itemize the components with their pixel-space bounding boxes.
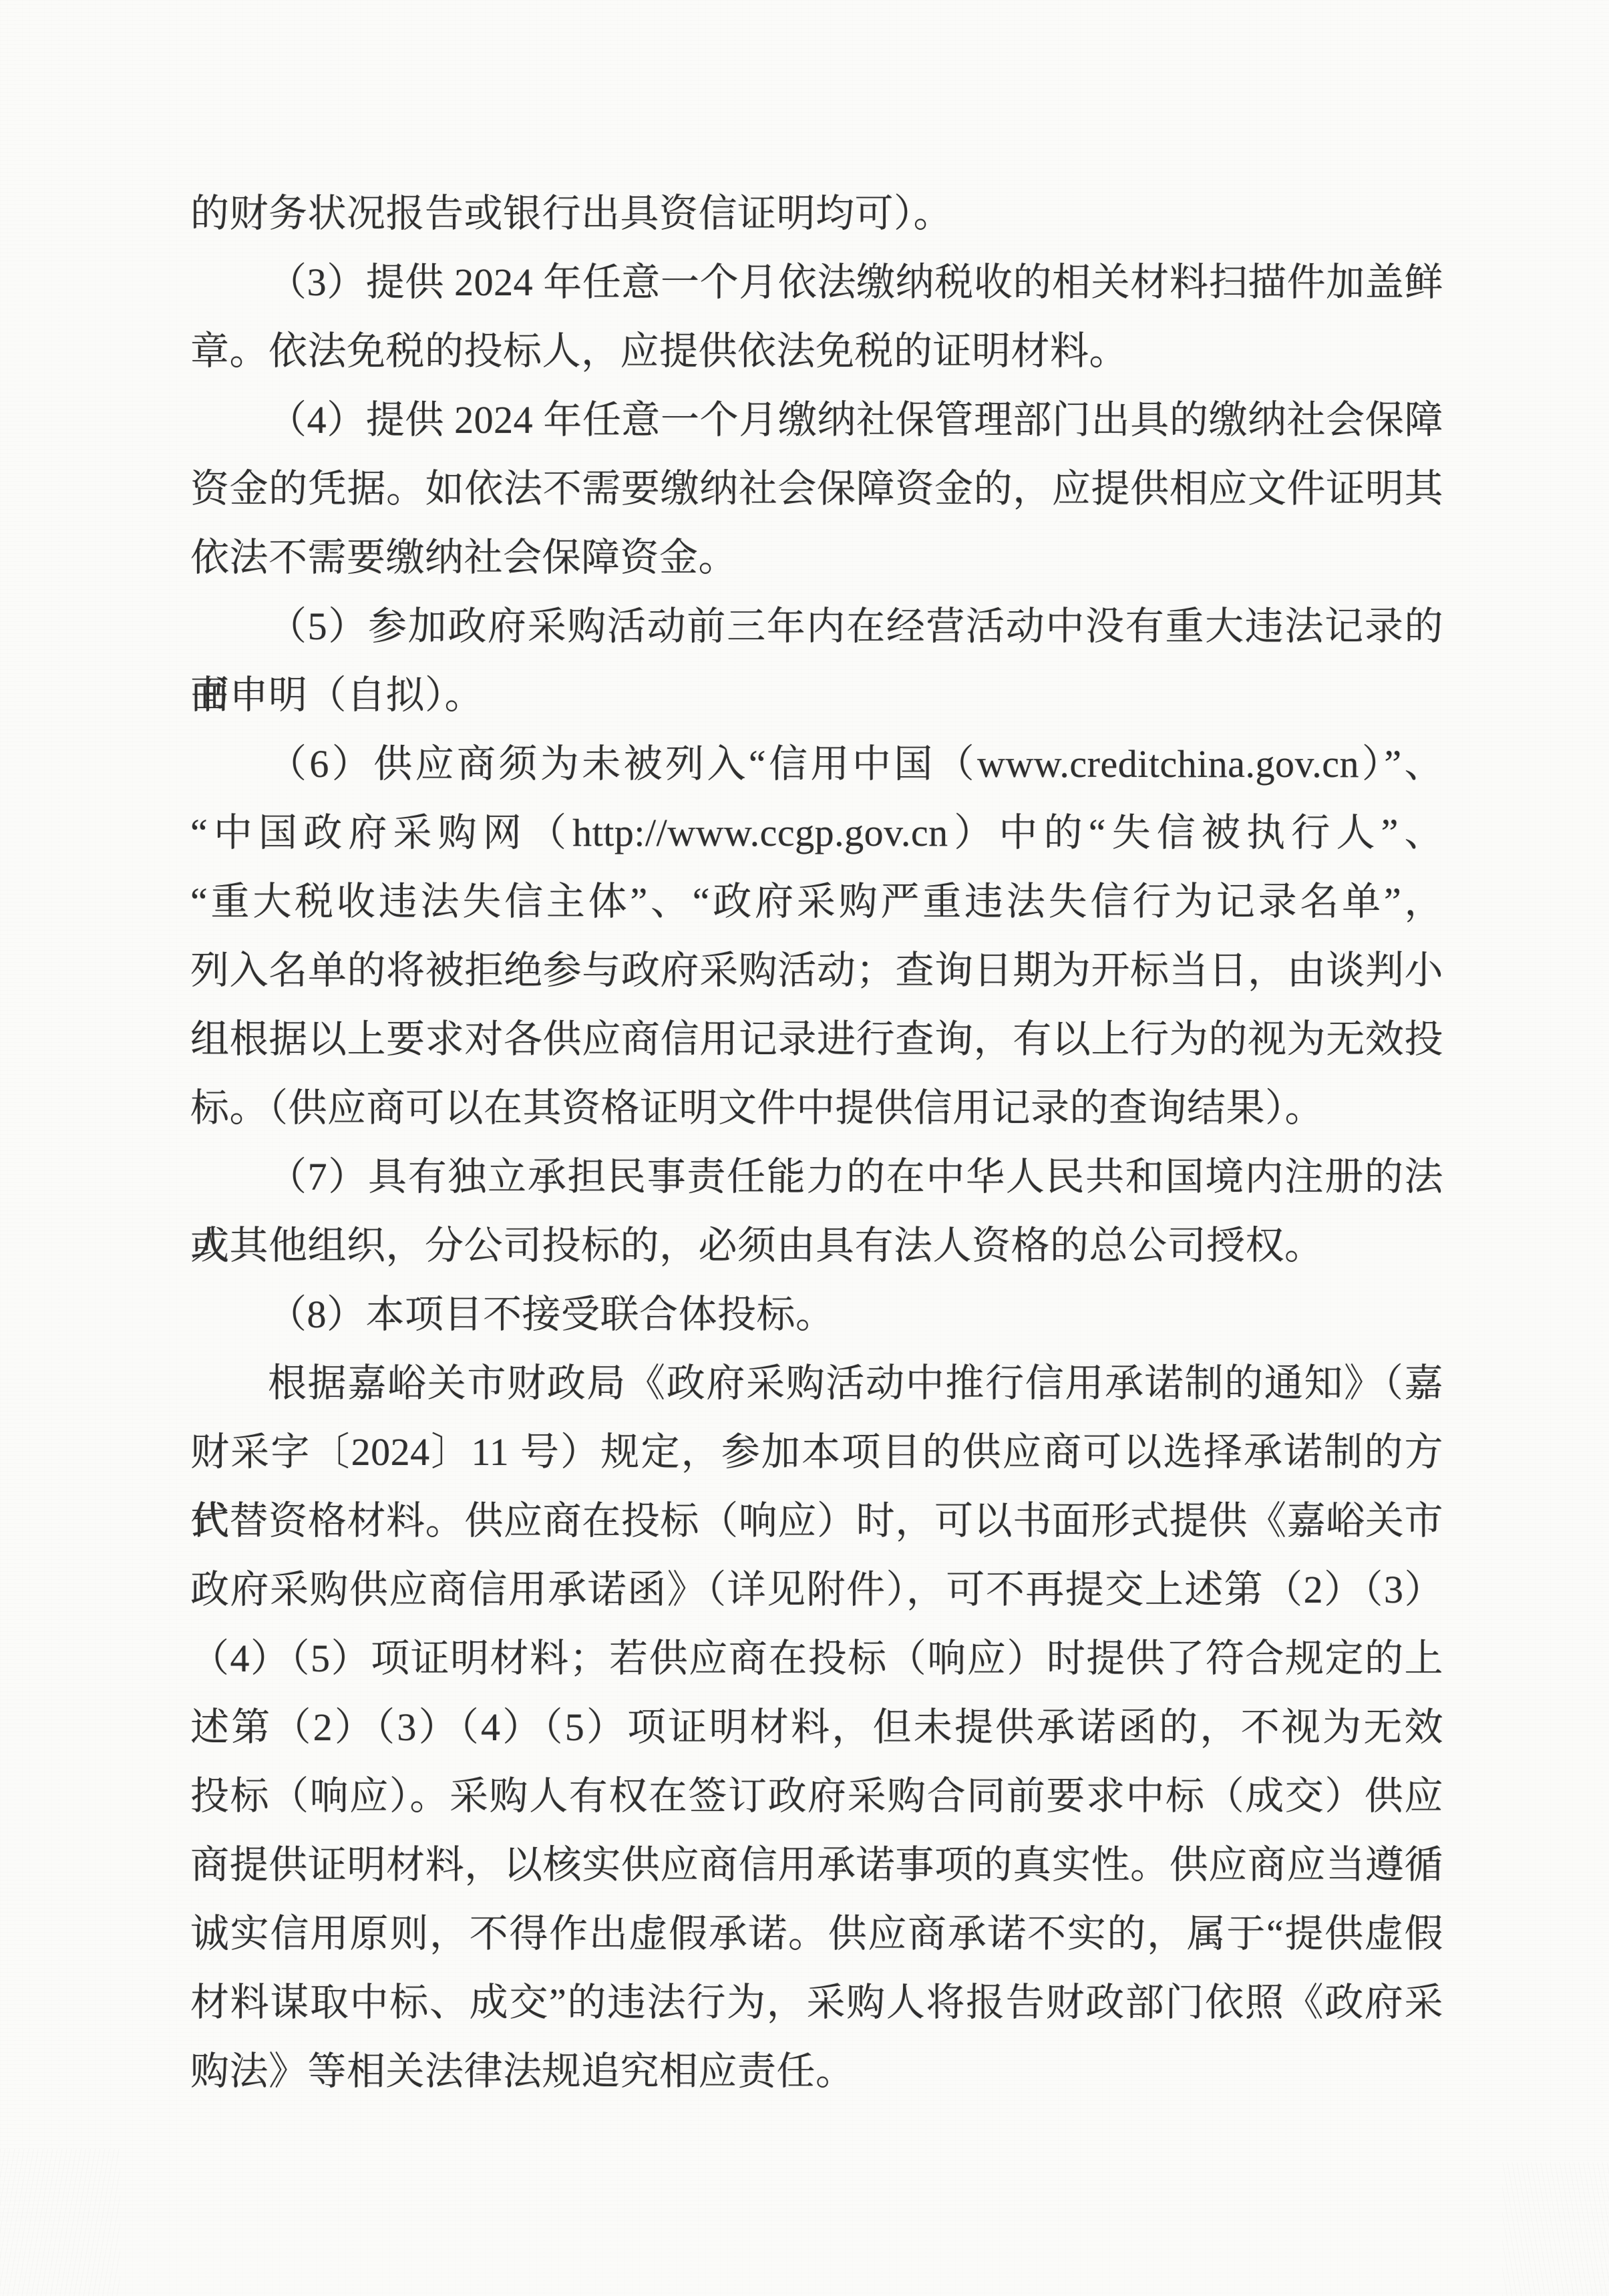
text-line: 代替资格材料。供应商在投标（响应）时，可以书面形式提供《嘉峪关市 bbox=[190, 1486, 1443, 1555]
document-page: 的财务状况报告或银行出具资信证明均可）。（3）提供 2024 年任意一个月依法缴… bbox=[0, 0, 1609, 2296]
text-line: 依法不需要缴纳社会保障资金。 bbox=[190, 523, 1443, 592]
scan-edge-artifact-left bbox=[0, 2149, 120, 2296]
text-line: 财采字〔2024〕11 号）规定，参加本项目的供应商可以选择承诺制的方式 bbox=[190, 1418, 1443, 1486]
text-line: （5）参加政府采购活动前三年内在经营活动中没有重大违法记录的书 bbox=[190, 592, 1443, 661]
text-line: 投标（响应）。采购人有权在签订政府采购合同前要求中标（成交）供应 bbox=[190, 1762, 1443, 1830]
text-line: （7）具有独立承担民事责任能力的在中华人民共和国境内注册的法人 bbox=[190, 1142, 1443, 1211]
text-line: 标。（供应商可以在其资格证明文件中提供信用记录的查询结果）。 bbox=[190, 1074, 1443, 1142]
text-line: 诚实信用原则，不得作出虚假承诺。供应商承诺不实的，属于“提供虚假 bbox=[190, 1899, 1443, 1968]
scan-edge-artifact-right bbox=[1502, 2162, 1609, 2296]
text-line: （3）提供 2024 年任意一个月依法缴纳税收的相关材料扫描件加盖鲜 bbox=[190, 248, 1443, 317]
text-line: 的财务状况报告或银行出具资信证明均可）。 bbox=[190, 179, 1443, 248]
document-text: 的财务状况报告或银行出具资信证明均可）。（3）提供 2024 年任意一个月依法缴… bbox=[190, 179, 1443, 2106]
text-line: 商提供证明材料，以核实供应商信用承诺事项的真实性。供应商应当遵循 bbox=[190, 1830, 1443, 1899]
text-line: 述第（2）（3）（4）（5）项证明材料，但未提供承诺函的，不视为无效 bbox=[190, 1693, 1443, 1762]
text-line: 根据嘉峪关市财政局《政府采购活动中推行信用承诺制的通知》（嘉 bbox=[190, 1349, 1443, 1418]
text-line: （4）提供 2024 年任意一个月缴纳社保管理部门出具的缴纳社会保障 bbox=[190, 385, 1443, 454]
text-line: （6）供应商须为未被列入“信用中国（www.creditchina.gov.cn… bbox=[190, 729, 1443, 798]
text-line: （4）（5）项证明材料；若供应商在投标（响应）时提供了符合规定的上 bbox=[190, 1624, 1443, 1693]
text-line: “中国政府采购网（http://www.ccgp.gov.cn）中的“失信被执行… bbox=[190, 798, 1443, 867]
text-line: 资金的凭据。如依法不需要缴纳社会保障资金的，应提供相应文件证明其 bbox=[190, 454, 1443, 523]
text-line: 组根据以上要求对各供应商信用记录进行查询，有以上行为的视为无效投 bbox=[190, 1005, 1443, 1074]
text-line: 材料谋取中标、成交”的违法行为，采购人将报告财政部门依照《政府采 bbox=[190, 1968, 1443, 2037]
text-line: （8）本项目不接受联合体投标。 bbox=[190, 1280, 1443, 1349]
text-line: 购法》等相关法律法规追究相应责任。 bbox=[190, 2037, 1443, 2106]
text-line: “重大税收违法失信主体”、“政府采购严重违法失信行为记录名单”， bbox=[190, 867, 1443, 936]
text-line: 政府采购供应商信用承诺函》（详见附件），可不再提交上述第（2）（3） bbox=[190, 1555, 1443, 1624]
text-line: 章。依法免税的投标人，应提供依法免税的证明材料。 bbox=[190, 317, 1443, 385]
text-line: 面申明（自拟）。 bbox=[190, 661, 1443, 729]
text-line: 或其他组织，分公司投标的，必须由具有法人资格的总公司授权。 bbox=[190, 1211, 1443, 1280]
text-line: 列入名单的将被拒绝参与政府采购活动；查询日期为开标当日，由谈判小 bbox=[190, 936, 1443, 1005]
